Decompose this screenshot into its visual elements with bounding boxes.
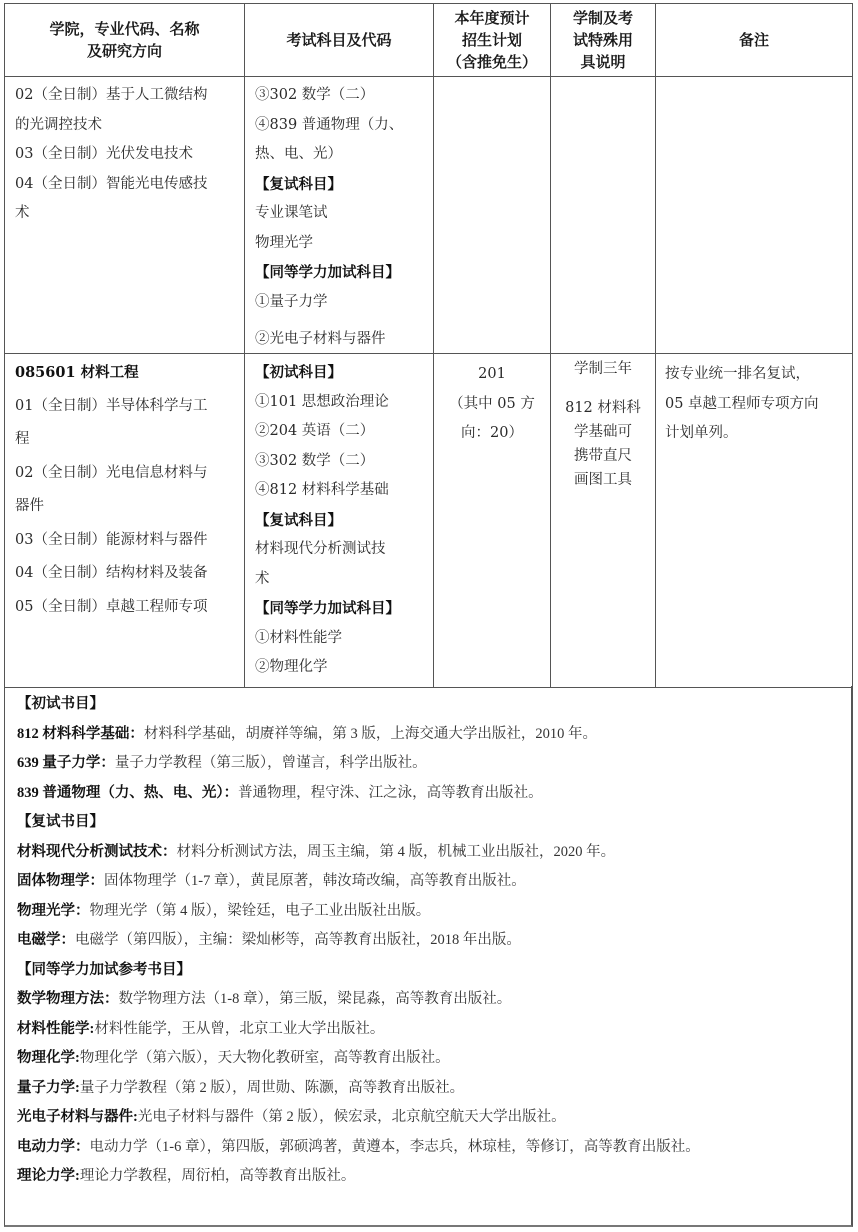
book-reference: 理论力学教程，周衍柏，高等教育出版社。: [80, 1168, 356, 1184]
header-text: 招生计划: [447, 29, 537, 51]
direction-line: 04（全日制）智能光电传感技: [15, 170, 236, 200]
reference-books: 【初试书目】 812 材料科学基础：材料科学基础，胡赓祥等编，第 3 版，上海交…: [4, 686, 853, 1227]
book-reference: 数学物理方法（1-8 章），第三版，梁昆淼，高等教育出版社。: [119, 991, 512, 1007]
tools-note: 携带直尺: [551, 444, 655, 468]
subject-line: ④812 材料科学基础: [255, 476, 425, 506]
tools-note: 812 材料科: [551, 396, 655, 420]
header-text: 考试科目及代码: [286, 29, 391, 51]
directions-cell: 085601 材料工程 01（全日制）半导体科学与工 程 02（全日制）光电信息…: [4, 354, 244, 688]
subjects-cell: 【初试科目】 ①101 思想政治理论 ②204 英语（二） ③302 数学（二）…: [244, 354, 433, 688]
header-schooling-tools: 学制及考 试特殊用 具说明: [550, 4, 655, 77]
subject-section-title: 【同等学力加试科目】: [255, 594, 425, 624]
header-text: 及研究方向: [49, 40, 199, 62]
header-text: 学制及考: [573, 7, 633, 29]
directions-cell: 02（全日制）基于人工微结构 的光调控技术 03（全日制）光伏发电技术 04（全…: [4, 77, 244, 354]
note-line: 按专业统一排名复试，: [665, 360, 848, 390]
direction-line: 术: [15, 199, 236, 229]
direction-line: 04（全日制）结构材料及装备: [15, 557, 236, 591]
header-enrollment-plan: 本年度预计 招生计划 （含推免生）: [433, 4, 550, 77]
table-header-row: 学院，专业代码、名称 及研究方向 考试科目及代码 本年度预计 招生计划 （含推免…: [4, 4, 853, 77]
book-reference: 固体物理学（1-7 章），黄昆原著，韩汝琦改编，高等教育出版社。: [104, 873, 526, 889]
book-item: 639 量子力学：量子力学教程（第三版），曾谨言，科学出版社。: [17, 749, 851, 779]
book-reference: 电磁学（第四版），主编：梁灿彬等，高等教育出版社，2018 年出版。: [75, 932, 521, 948]
direction-line: 02（全日制）光电信息材料与: [15, 457, 236, 491]
books-section-title: 【初试书目】: [17, 690, 851, 720]
tools-note: 学基础可: [551, 420, 655, 444]
header-text: 具说明: [573, 51, 633, 73]
book-subject: 材料现代分析测试技术：: [17, 844, 177, 860]
header-text: 学院，专业代码、名称: [49, 18, 199, 40]
plan-cell: [433, 77, 550, 354]
plan-detail: 向：20）: [434, 419, 550, 449]
book-item: 物理化学:物理化学（第六版），天大物化教研室，高等教育出版社。: [17, 1044, 851, 1074]
header-notes: 备注: [655, 4, 853, 77]
header-text: （含推免生）: [447, 51, 537, 73]
admissions-table: 学院，专业代码、名称 及研究方向 考试科目及代码 本年度预计 招生计划 （含推免…: [4, 3, 853, 4]
direction-line: 03（全日制）光伏发电技术: [15, 140, 236, 170]
books-section-title: 【复试书目】: [17, 808, 851, 838]
book-subject: 物理光学：: [17, 903, 90, 919]
subject-line: ①101 思想政治理论: [255, 388, 425, 418]
header-text: 本年度预计: [447, 7, 537, 29]
schooling-length: 学制三年: [551, 356, 655, 382]
subject-line: ②光电子材料与器件: [255, 325, 425, 355]
subject-line: 材料现代分析测试技: [255, 535, 425, 565]
book-item: 量子力学:量子力学教程（第 2 版），周世勋、陈灏，高等教育出版社。: [17, 1074, 851, 1104]
subject-line: ③302 数学（二）: [255, 447, 425, 477]
subject-section-title: 【同等学力加试科目】: [255, 258, 425, 288]
book-subject: 物理化学:: [17, 1050, 80, 1066]
subject-line: 物理光学: [255, 229, 425, 259]
book-item: 812 材料科学基础：材料科学基础，胡赓祥等编，第 3 版，上海交通大学出版社，…: [17, 720, 851, 750]
book-reference: 材料科学基础，胡赓祥等编，第 3 版，上海交通大学出版社，2010 年。: [144, 726, 597, 742]
header-exam-subjects: 考试科目及代码: [244, 4, 433, 77]
book-item: 物理光学：物理光学（第 4 版），梁铨廷，电子工业出版社出版。: [17, 897, 851, 927]
plan-cell: 201 （其中 05 方 向：20）: [433, 354, 550, 688]
book-reference: 物理化学（第六版），天大物化教研室，高等教育出版社。: [80, 1050, 450, 1066]
book-subject: 材料性能学:: [17, 1021, 94, 1037]
subject-line: 专业课笔试: [255, 199, 425, 229]
book-reference: 物理光学（第 4 版），梁铨廷，电子工业出版社出版。: [90, 903, 431, 919]
notes-cell: 按专业统一排名复试， 05 卓越工程师专项方向 计划单列。: [655, 354, 853, 688]
subject-line: ①量子力学: [255, 288, 425, 318]
book-item: 数学物理方法：数学物理方法（1-8 章），第三版，梁昆淼，高等教育出版社。: [17, 985, 851, 1015]
subject-line: ①材料性能学: [255, 624, 425, 654]
subject-line: 热、电、光）: [255, 140, 425, 170]
book-item: 光电子材料与器件:光电子材料与器件（第 2 版），候宏录，北京航空航天大学出版社…: [17, 1103, 851, 1133]
subject-line: ②204 英语（二）: [255, 417, 425, 447]
note-line: 计划单列。: [665, 419, 848, 449]
header-text: 备注: [739, 29, 769, 51]
subject-line: ④839 普通物理（力、: [255, 111, 425, 141]
subjects-cell: ③302 数学（二） ④839 普通物理（力、 热、电、光） 【复试科目】 专业…: [244, 77, 433, 354]
subject-line: ②物理化学: [255, 653, 425, 683]
book-item: 电动力学：电动力学（1-6 章），第四版，郭硕鸿著，黄遵本，李志兵，林琼桂，等修…: [17, 1133, 851, 1163]
book-reference: 量子力学教程（第 2 版），周世勋、陈灏，高等教育出版社。: [80, 1080, 464, 1096]
table-row: 085601 材料工程 01（全日制）半导体科学与工 程 02（全日制）光电信息…: [4, 354, 853, 688]
table-row: 02（全日制）基于人工微结构 的光调控技术 03（全日制）光伏发电技术 04（全…: [4, 77, 853, 354]
direction-line: 02（全日制）基于人工微结构: [15, 81, 236, 111]
book-reference: 量子力学教程（第三版），曾谨言，科学出版社。: [115, 755, 427, 771]
schooling-cell: 学制三年 812 材料科 学基础可 携带直尺 画图工具: [550, 354, 655, 688]
direction-line: 器件: [15, 490, 236, 524]
subject-line: 术: [255, 565, 425, 595]
book-subject: 839 普通物理（力、热、电、光）：: [17, 785, 238, 801]
book-item: 理论力学:理论力学教程，周衍柏，高等教育出版社。: [17, 1162, 851, 1192]
direction-line: 03（全日制）能源材料与器件: [15, 524, 236, 558]
direction-line: 01（全日制）半导体科学与工: [15, 390, 236, 424]
book-item: 材料现代分析测试技术：材料分析测试方法，周玉主编，第 4 版，机械工业出版社，2…: [17, 838, 851, 868]
book-reference: 材料分析测试方法，周玉主编，第 4 版，机械工业出版社，2020 年。: [177, 844, 616, 860]
book-item: 839 普通物理（力、热、电、光）：普通物理，程守洙、江之泳，高等教育出版社。: [17, 779, 851, 809]
direction-line: 程: [15, 423, 236, 457]
book-subject: 电磁学：: [17, 932, 75, 948]
book-item: 固体物理学：固体物理学（1-7 章），黄昆原著，韩汝琦改编，高等教育出版社。: [17, 867, 851, 897]
subject-section-title: 【复试科目】: [255, 170, 425, 200]
book-subject: 电动力学：: [17, 1139, 90, 1155]
book-reference: 普通物理，程守洙、江之泳，高等教育出版社。: [238, 785, 543, 801]
book-reference: 电动力学（1-6 章），第四版，郭硕鸿著，黄遵本，李志兵，林琼桂，等修订，高等教…: [90, 1139, 700, 1155]
direction-line: 的光调控技术: [15, 111, 236, 141]
header-college-major: 学院，专业代码、名称 及研究方向: [4, 4, 244, 77]
plan-detail: （其中 05 方: [434, 390, 550, 420]
book-item: 电磁学：电磁学（第四版），主编：梁灿彬等，高等教育出版社，2018 年出版。: [17, 926, 851, 956]
book-subject: 光电子材料与器件:: [17, 1109, 138, 1125]
header-text: 试特殊用: [573, 29, 633, 51]
book-subject: 量子力学:: [17, 1080, 80, 1096]
note-line: 05 卓越工程师专项方向: [665, 390, 848, 420]
notes-cell: [655, 77, 853, 354]
book-subject: 639 量子力学：: [17, 755, 115, 771]
plan-total: 201: [434, 360, 550, 390]
subject-section-title: 【复试科目】: [255, 506, 425, 536]
book-subject: 数学物理方法：: [17, 991, 119, 1007]
book-subject: 812 材料科学基础：: [17, 726, 144, 742]
subject-section-title: 【初试科目】: [255, 358, 425, 388]
book-item: 材料性能学:材料性能学，王从曾，北京工业大学出版社。: [17, 1015, 851, 1045]
book-subject: 理论力学:: [17, 1168, 80, 1184]
schooling-cell: [550, 77, 655, 354]
book-reference: 光电子材料与器件（第 2 版），候宏录，北京航空航天大学出版社。: [138, 1109, 566, 1125]
book-reference: 材料性能学，王从曾，北京工业大学出版社。: [94, 1021, 384, 1037]
tools-note: 画图工具: [551, 468, 655, 492]
subject-line: ③302 数学（二）: [255, 81, 425, 111]
books-section-title: 【同等学力加试参考书目】: [17, 956, 851, 986]
major-title: 085601 材料工程: [15, 356, 236, 390]
book-subject: 固体物理学：: [17, 873, 104, 889]
direction-line: 05（全日制）卓越工程师专项: [15, 591, 236, 625]
